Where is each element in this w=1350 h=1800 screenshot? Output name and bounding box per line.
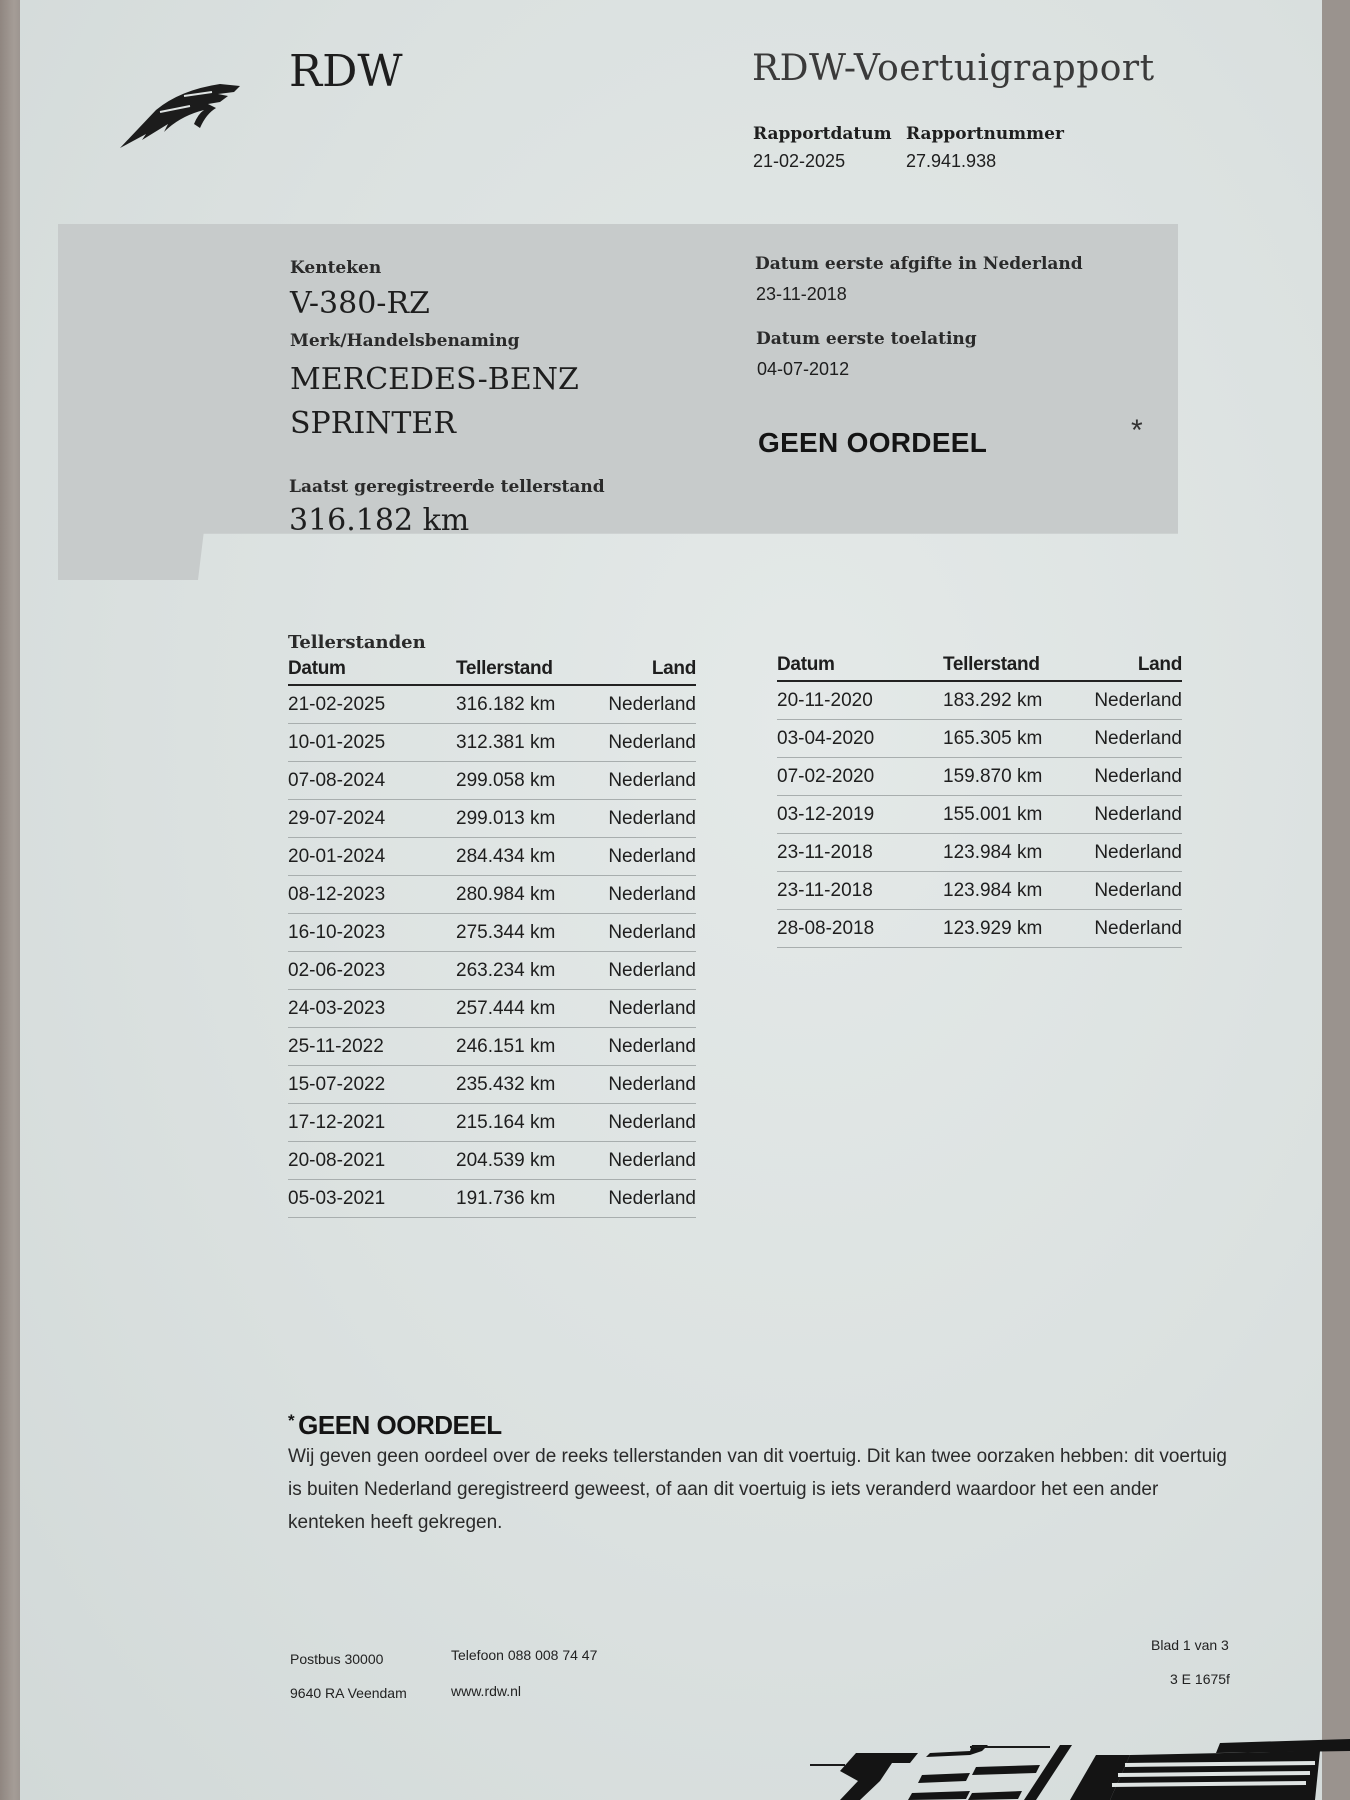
- report-title: RDW-Voertuigrapport: [752, 48, 1155, 89]
- report-date-label: Rapportdatum: [753, 124, 892, 144]
- reading-odometer: 183.292 km: [943, 681, 1092, 720]
- verdict-footnote-marker: *: [1131, 414, 1143, 448]
- reading-country: Nederland: [606, 952, 696, 990]
- reading-country: Nederland: [606, 762, 696, 800]
- reading-odometer: 246.151 km: [456, 1028, 606, 1066]
- first-admission-date: 04-07-2012: [757, 359, 849, 380]
- reading-country: Nederland: [1092, 796, 1182, 834]
- first-admission-label: Datum eerste toelating: [756, 329, 977, 349]
- reading-odometer: 284.434 km: [456, 838, 606, 876]
- reading-country: Nederland: [1092, 720, 1182, 758]
- readings-table-left: Datum Tellerstand Land 21-02-2025316.182…: [288, 656, 696, 1218]
- reading-country: Nederland: [606, 685, 696, 724]
- report-number: 27.941.938: [906, 151, 996, 172]
- reading-date: 05-03-2021: [288, 1180, 456, 1218]
- reading-date: 25-11-2022: [288, 1028, 456, 1066]
- reading-country: Nederland: [606, 1066, 696, 1104]
- reading-date: 08-12-2023: [288, 876, 456, 914]
- reading-odometer: 299.058 km: [456, 762, 606, 800]
- reading-row: 17-12-2021215.164 kmNederland: [288, 1104, 696, 1142]
- reading-date: 24-03-2023: [288, 990, 456, 1028]
- reading-date: 23-11-2018: [777, 872, 943, 910]
- reading-row: 02-06-2023263.234 kmNederland: [288, 952, 696, 990]
- rdw-feather-logo-icon: [120, 72, 270, 152]
- footer-po-box: Postbus 30000: [290, 1651, 383, 1667]
- reading-odometer: 123.984 km: [943, 872, 1092, 910]
- reading-country: Nederland: [1092, 681, 1182, 720]
- reading-odometer: 204.539 km: [456, 1142, 606, 1180]
- reading-date: 15-07-2022: [288, 1066, 456, 1104]
- reading-row: 05-03-2021191.736 kmNederland: [288, 1180, 696, 1218]
- reading-date: 20-08-2021: [288, 1142, 456, 1180]
- reading-date: 29-07-2024: [288, 800, 456, 838]
- reading-row: 15-07-2022235.432 kmNederland: [288, 1066, 696, 1104]
- reading-odometer: 123.929 km: [943, 910, 1092, 948]
- column-header-date: Datum: [777, 652, 943, 681]
- reading-country: Nederland: [606, 876, 696, 914]
- reading-row: 07-08-2024299.058 kmNederland: [288, 762, 696, 800]
- footnote-text: Wij geven geen oordeel over de reeks tel…: [288, 1440, 1228, 1539]
- report-date: 21-02-2025: [753, 151, 845, 172]
- reading-country: Nederland: [606, 1028, 696, 1066]
- model-value: SPRINTER: [290, 406, 456, 441]
- footer-website-link[interactable]: www.rdw.nl: [451, 1683, 521, 1699]
- reading-row: 08-12-2023280.984 kmNederland: [288, 876, 696, 914]
- reading-date: 02-06-2023: [288, 952, 456, 990]
- footnote-title: *GEEN OORDEEL: [288, 1410, 502, 1441]
- first-registration-nl-label: Datum eerste afgifte in Nederland: [755, 254, 1083, 274]
- reading-date: 21-02-2025: [288, 685, 456, 724]
- reading-date: 20-11-2020: [777, 681, 943, 720]
- reading-odometer: 257.444 km: [456, 990, 606, 1028]
- reading-country: Nederland: [606, 800, 696, 838]
- odometer-value: 316.182 km: [289, 503, 469, 538]
- document-code: 3 E 1675f: [1170, 1671, 1230, 1687]
- rdw-stripe-graphic-icon: [800, 1735, 1350, 1800]
- reading-odometer: 191.736 km: [456, 1180, 606, 1218]
- reading-row: 23-11-2018123.984 kmNederland: [777, 872, 1182, 910]
- reading-country: Nederland: [1092, 910, 1182, 948]
- column-header-country: Land: [606, 656, 696, 685]
- reading-country: Nederland: [606, 1104, 696, 1142]
- reading-date: 03-12-2019: [777, 796, 943, 834]
- reading-odometer: 299.013 km: [456, 800, 606, 838]
- reading-odometer: 155.001 km: [943, 796, 1092, 834]
- reading-date: 23-11-2018: [777, 834, 943, 872]
- column-header-odometer: Tellerstand: [943, 652, 1092, 681]
- reading-country: Nederland: [606, 1142, 696, 1180]
- reading-row: 25-11-2022246.151 kmNederland: [288, 1028, 696, 1066]
- readings-section-title: Tellerstanden: [288, 632, 426, 653]
- reading-date: 16-10-2023: [288, 914, 456, 952]
- reading-odometer: 312.381 km: [456, 724, 606, 762]
- reading-odometer: 215.164 km: [456, 1104, 606, 1142]
- reading-country: Nederland: [606, 838, 696, 876]
- footnote-marker: *: [288, 1411, 294, 1430]
- reading-odometer: 159.870 km: [943, 758, 1092, 796]
- footnote-title-text: GEEN OORDEEL: [298, 1410, 501, 1440]
- reading-country: Nederland: [1092, 834, 1182, 872]
- reading-odometer: 165.305 km: [943, 720, 1092, 758]
- footer-city: 9640 RA Veendam: [290, 1685, 407, 1701]
- reading-row: 24-03-2023257.444 kmNederland: [288, 990, 696, 1028]
- reading-row: 07-02-2020159.870 kmNederland: [777, 758, 1182, 796]
- column-header-country: Land: [1092, 652, 1182, 681]
- reading-country: Nederland: [606, 1180, 696, 1218]
- reading-date: 07-08-2024: [288, 762, 456, 800]
- page-indicator: Blad 1 van 3: [1151, 1637, 1229, 1653]
- footer-phone: Telefoon 088 008 74 47: [451, 1647, 597, 1663]
- reading-odometer: 316.182 km: [456, 685, 606, 724]
- reading-country: Nederland: [606, 914, 696, 952]
- plate-label: Kenteken: [290, 258, 381, 278]
- reading-odometer: 275.344 km: [456, 914, 606, 952]
- verdict-status: GEEN OORDEEL: [758, 427, 987, 459]
- reading-row: 10-01-2025312.381 kmNederland: [288, 724, 696, 762]
- readings-table-right: Datum Tellerstand Land 20-11-2020183.292…: [777, 652, 1182, 948]
- reading-row: 23-11-2018123.984 kmNederland: [777, 834, 1182, 872]
- reading-odometer: 123.984 km: [943, 834, 1092, 872]
- reading-row: 03-12-2019155.001 kmNederland: [777, 796, 1182, 834]
- reading-country: Nederland: [1092, 872, 1182, 910]
- make-label: Merk/Handelsbenaming: [290, 331, 520, 351]
- reading-row: 21-02-2025316.182 kmNederland: [288, 685, 696, 724]
- reading-odometer: 263.234 km: [456, 952, 606, 990]
- reading-row: 28-08-2018123.929 kmNederland: [777, 910, 1182, 948]
- reading-row: 20-11-2020183.292 kmNederland: [777, 681, 1182, 720]
- vehicle-summary-panel: [58, 224, 1178, 580]
- column-header-odometer: Tellerstand: [456, 656, 606, 685]
- reading-date: 07-02-2020: [777, 758, 943, 796]
- plate-number: V-380-RZ: [290, 286, 430, 321]
- first-registration-nl-date: 23-11-2018: [756, 284, 847, 305]
- odometer-label: Laatst geregistreerde tellerstand: [289, 477, 605, 497]
- reading-date: 28-08-2018: [777, 910, 943, 948]
- reading-odometer: 235.432 km: [456, 1066, 606, 1104]
- make-value: MERCEDES-BENZ: [290, 362, 579, 397]
- reading-row: 16-10-2023275.344 kmNederland: [288, 914, 696, 952]
- reading-odometer: 280.984 km: [456, 876, 606, 914]
- reading-row: 20-08-2021204.539 kmNederland: [288, 1142, 696, 1180]
- reading-date: 20-01-2024: [288, 838, 456, 876]
- report-number-label: Rapportnummer: [906, 124, 1064, 144]
- reading-country: Nederland: [1092, 758, 1182, 796]
- brand-name: RDW: [289, 46, 403, 97]
- reading-country: Nederland: [606, 724, 696, 762]
- reading-row: 29-07-2024299.013 kmNederland: [288, 800, 696, 838]
- reading-country: Nederland: [606, 990, 696, 1028]
- column-header-date: Datum: [288, 656, 456, 685]
- reading-row: 20-01-2024284.434 kmNederland: [288, 838, 696, 876]
- reading-date: 03-04-2020: [777, 720, 943, 758]
- reading-row: 03-04-2020165.305 kmNederland: [777, 720, 1182, 758]
- reading-date: 17-12-2021: [288, 1104, 456, 1142]
- reading-date: 10-01-2025: [288, 724, 456, 762]
